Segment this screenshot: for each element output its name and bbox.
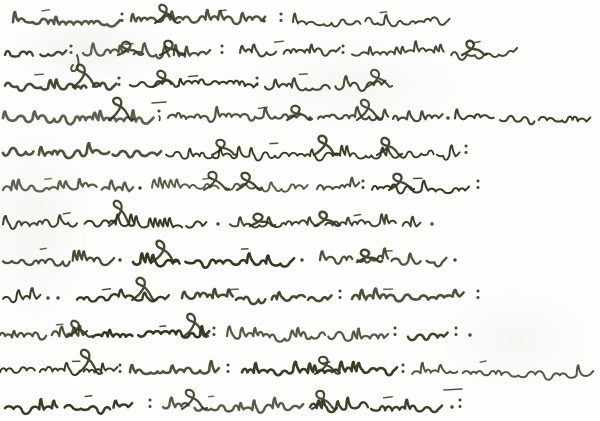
ink-dot [477,180,480,183]
ink-stroke [389,174,414,190]
ink-dot [227,364,230,367]
ink-dot [459,405,462,408]
handwriting-line-8 [3,241,457,268]
ink-stroke [5,51,66,57]
ink-stroke [352,289,464,302]
ink-stroke [408,333,448,340]
ink-stroke [265,76,385,91]
handwriting-line-7 [3,201,434,229]
ink-stroke [131,10,265,24]
ink-stroke [444,389,462,390]
ink-dot [118,77,121,80]
ink-stroke [250,214,275,226]
ink-dot [158,110,161,113]
ink-stroke [3,143,161,158]
ink-dot [455,327,458,330]
ink-stroke [412,363,593,380]
ink-dot [118,258,121,261]
ink-stroke [240,45,340,57]
ink-dot [280,19,283,22]
ink-dot [149,399,152,402]
ink-dot [119,370,122,373]
ink-stroke [166,145,460,160]
ink-dot [453,258,456,261]
ink-stroke [152,241,177,262]
ink-stroke [293,14,450,27]
ink-stroke [300,74,308,75]
ink-stroke [3,288,40,302]
ink-dot [119,364,122,367]
ink-dot [121,19,124,22]
ink-dot [402,364,405,367]
ink-dot [342,45,345,48]
ink-stroke [168,107,300,122]
ink-stroke [85,396,92,397]
ink-stroke [367,70,392,87]
ink-stroke [73,65,98,87]
ink-dot [459,399,462,402]
ink-dot [256,77,259,80]
ink-dot [46,296,49,299]
ink-stroke [455,109,590,124]
ink-stroke [242,362,397,375]
ink-stroke [40,248,46,249]
ink-dot [446,116,449,119]
ink-dot [394,327,397,330]
manuscript-page [0,0,600,421]
ink-stroke [320,248,446,266]
handwriting-line-6 [3,172,480,194]
ink-dot [280,13,283,16]
ink-stroke [152,102,166,103]
ink-stroke [5,79,116,90]
ink-dot [221,51,224,54]
ink-stroke [182,289,332,304]
ink-stroke [3,251,114,266]
ink-stroke [103,289,111,290]
ink-stroke [3,110,154,124]
ink-dot [221,45,224,48]
ink-dot [56,296,59,299]
ink-dot [70,45,73,48]
ink-stroke [3,214,206,229]
ink-dot [450,405,453,408]
ink-stroke [317,178,359,190]
ink-stroke [480,361,486,362]
ink-stroke [83,43,210,58]
handwriting-line-1 [13,5,450,27]
ink-stroke [45,179,52,180]
handwriting-svg [0,0,600,421]
ink-stroke [153,71,178,87]
ink-stroke [354,215,360,216]
ink-stroke [130,361,219,374]
ink-stroke [159,116,160,121]
ink-dot [465,151,468,154]
ink-stroke [212,140,237,155]
ink-stroke [219,10,226,11]
ink-dot [394,333,397,336]
ink-stroke [189,76,198,77]
ink-dot [362,186,365,189]
ink-stroke [132,278,157,300]
ink-stroke [35,74,43,75]
ink-stroke [130,79,258,87]
ink-stroke [227,327,388,342]
handwriting-line-3 [5,65,392,91]
ink-stroke [133,253,294,267]
ink-dot [262,19,265,22]
ink-stroke [42,10,49,11]
handwriting-line-9 [3,278,480,304]
ink-dot [213,333,216,336]
ink-dot [477,186,480,189]
handwriting-line-12 [5,389,462,414]
ink-dot [455,333,458,336]
ink-dot [70,51,73,54]
ink-stroke [5,399,132,414]
handwriting-line-5 [3,136,468,161]
ink-dot [227,370,230,373]
ink-dot [468,333,471,336]
ink-dot [362,180,365,183]
ink-dot [138,186,141,189]
handwriting-line-4 [3,98,590,125]
handwriting-line-10 [0,314,472,342]
ink-dot [430,222,433,225]
ink-stroke [163,398,303,413]
ink-dot [216,222,219,225]
ink-dot [477,296,480,299]
ink-stroke [314,136,339,155]
ink-dot [342,51,345,54]
ink-stroke [275,41,284,42]
ink-dot [339,290,342,293]
ink-dot [300,258,303,261]
ink-stroke [372,181,469,194]
ink-dot [213,327,216,330]
ink-stroke [462,41,487,55]
ink-dot [118,83,121,86]
ink-stroke [13,12,120,27]
ink-stroke [3,179,133,191]
handwriting-line-11 [0,350,593,380]
ink-dot [339,296,342,299]
ink-dot [402,370,405,373]
ink-stroke [384,397,393,398]
ink-stroke [352,41,517,60]
ink-dot [465,145,468,148]
ink-dot [256,83,259,86]
ink-dot [121,13,124,16]
ink-stroke [182,390,207,409]
ink-stroke [63,213,70,214]
ink-dot [149,405,152,408]
ink-dot [477,290,480,293]
ink-dot [308,116,311,119]
ink-stroke [380,12,386,13]
